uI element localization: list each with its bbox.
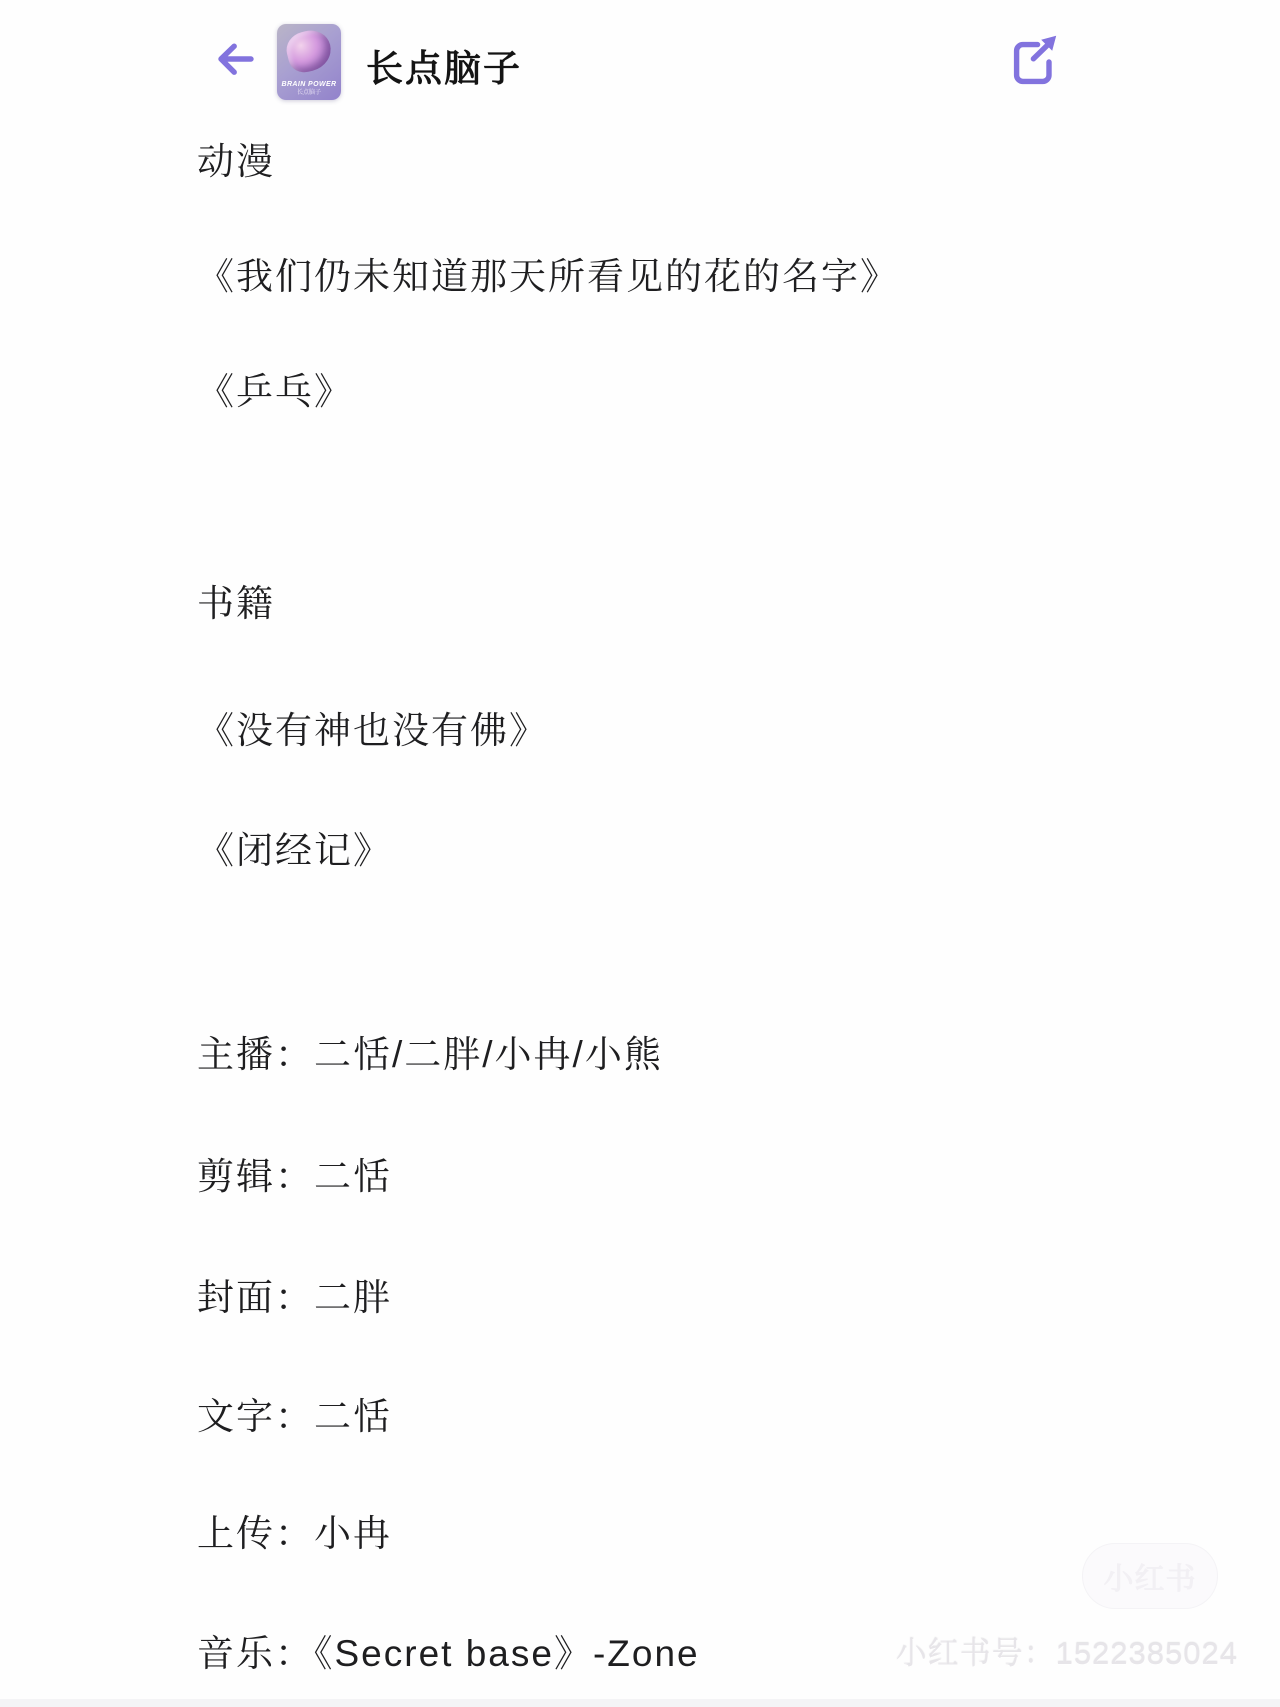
back-button[interactable] [204, 30, 264, 90]
text-line-anime-2: 《乒乓》 [197, 361, 353, 415]
text-line-book-1: 《没有神也没有佛》 [197, 700, 548, 754]
share-button[interactable] [1002, 28, 1070, 96]
text-line-editing: 剪辑：二恬 [197, 1146, 392, 1200]
xiaohongshu-badge: 小红书 [1083, 1544, 1217, 1608]
text-line-category-books: 书籍 [197, 573, 275, 627]
text-line-hosts: 主播：二恬/二胖/小冉/小熊 [197, 1024, 663, 1078]
text-line-anime-1: 《我们仍未知道那天所看见的花的名字》 [197, 246, 899, 300]
text-line-music: 音乐：《Secret base》-Zone [197, 1623, 700, 1677]
text-line-upload: 上传：小冉 [197, 1503, 392, 1557]
watermark-account-id: 小红书号：1522385024 [896, 1628, 1238, 1673]
album-art-title: BRAIN POWER [277, 81, 341, 88]
brain-image [283, 26, 335, 75]
xiaohongshu-badge-label: 小红书 [1104, 1554, 1197, 1598]
share-icon [1009, 32, 1063, 93]
back-arrow-icon [211, 37, 257, 84]
album-art-subtitle: 长点脑子 [277, 90, 341, 96]
album-art[interactable]: BRAIN POWER 长点脑子 [277, 24, 341, 100]
episode-notes-page: BRAIN POWER 长点脑子 长点脑子 动漫 《我们仍未知道那天所看见的花的… [0, 0, 1280, 1707]
page-title: 长点脑子 [366, 38, 522, 92]
text-line-writing: 文字：二恬 [197, 1386, 392, 1440]
bottom-strip [0, 1699, 1280, 1707]
header: BRAIN POWER 长点脑子 长点脑子 [0, 0, 1280, 110]
text-line-book-2: 《闭经记》 [197, 820, 392, 874]
text-line-cover: 封面：二胖 [197, 1267, 392, 1321]
text-line-category-anime: 动漫 [197, 131, 275, 185]
